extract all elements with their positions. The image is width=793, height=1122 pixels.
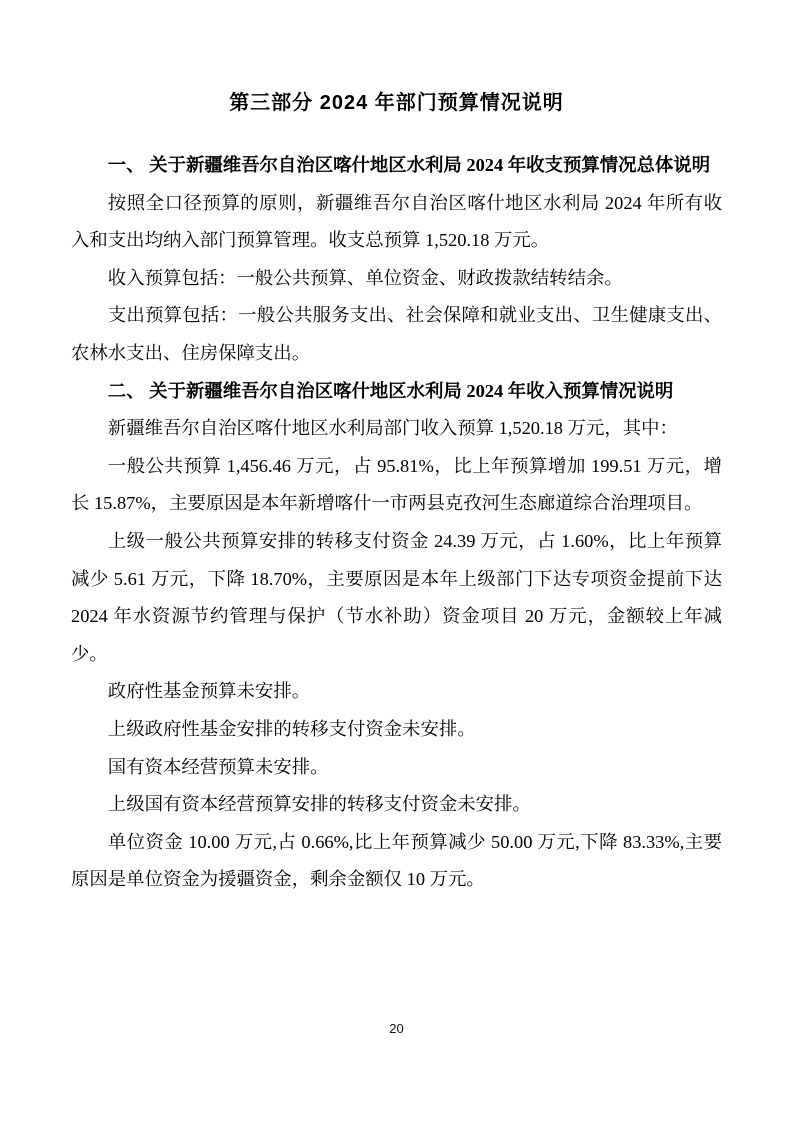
section-2-paragraph: 政府性基金预算未安排。 xyxy=(71,673,722,711)
section-2-paragraph: 上级一般公共预算安排的转移支付资金 24.39 万元，占 1.60%，比上年预算… xyxy=(71,523,722,673)
section-2-paragraph: 单位资金 10.00 万元,占 0.66%,比上年预算减少 50.00 万元,下… xyxy=(71,824,722,899)
section-1-paragraph: 按照全口径预算的原则，新疆维吾尔自治区喀什地区水利局 2024 年所有收入和支出… xyxy=(71,185,722,260)
section-2-paragraph: 一般公共预算 1,456.46 万元，占 95.81%，比上年预算增加 199.… xyxy=(71,448,722,523)
page-title: 第三部分 2024 年部门预算情况说明 xyxy=(71,88,722,118)
section-2-paragraph: 上级国有资本经营预算安排的转移支付资金未安排。 xyxy=(71,786,722,824)
document-body: 一、 关于新疆维吾尔自治区喀什地区水利局 2024 年收支预算情况总体说明 按照… xyxy=(71,147,722,899)
section-2-paragraph: 上级政府性基金安排的转移支付资金未安排。 xyxy=(71,711,722,749)
section-2-heading: 二、 关于新疆维吾尔自治区喀什地区水利局 2024 年收入预算情况说明 xyxy=(71,373,722,411)
section-1-paragraph: 收入预算包括：一般公共预算、单位资金、财政拨款结转结余。 xyxy=(71,260,722,298)
page-number: 20 xyxy=(0,1020,793,1038)
section-2-paragraph: 新疆维吾尔自治区喀什地区水利局部门收入预算 1,520.18 万元，其中： xyxy=(71,410,722,448)
section-2-paragraph: 国有资本经营预算未安排。 xyxy=(71,749,722,787)
document-page: 第三部分 2024 年部门预算情况说明 一、 关于新疆维吾尔自治区喀什地区水利局… xyxy=(71,0,722,1122)
section-1-paragraph: 支出预算包括：一般公共服务支出、社会保障和就业支出、卫生健康支出、农林水支出、住… xyxy=(71,297,722,372)
section-1-heading: 一、 关于新疆维吾尔自治区喀什地区水利局 2024 年收支预算情况总体说明 xyxy=(71,147,722,185)
